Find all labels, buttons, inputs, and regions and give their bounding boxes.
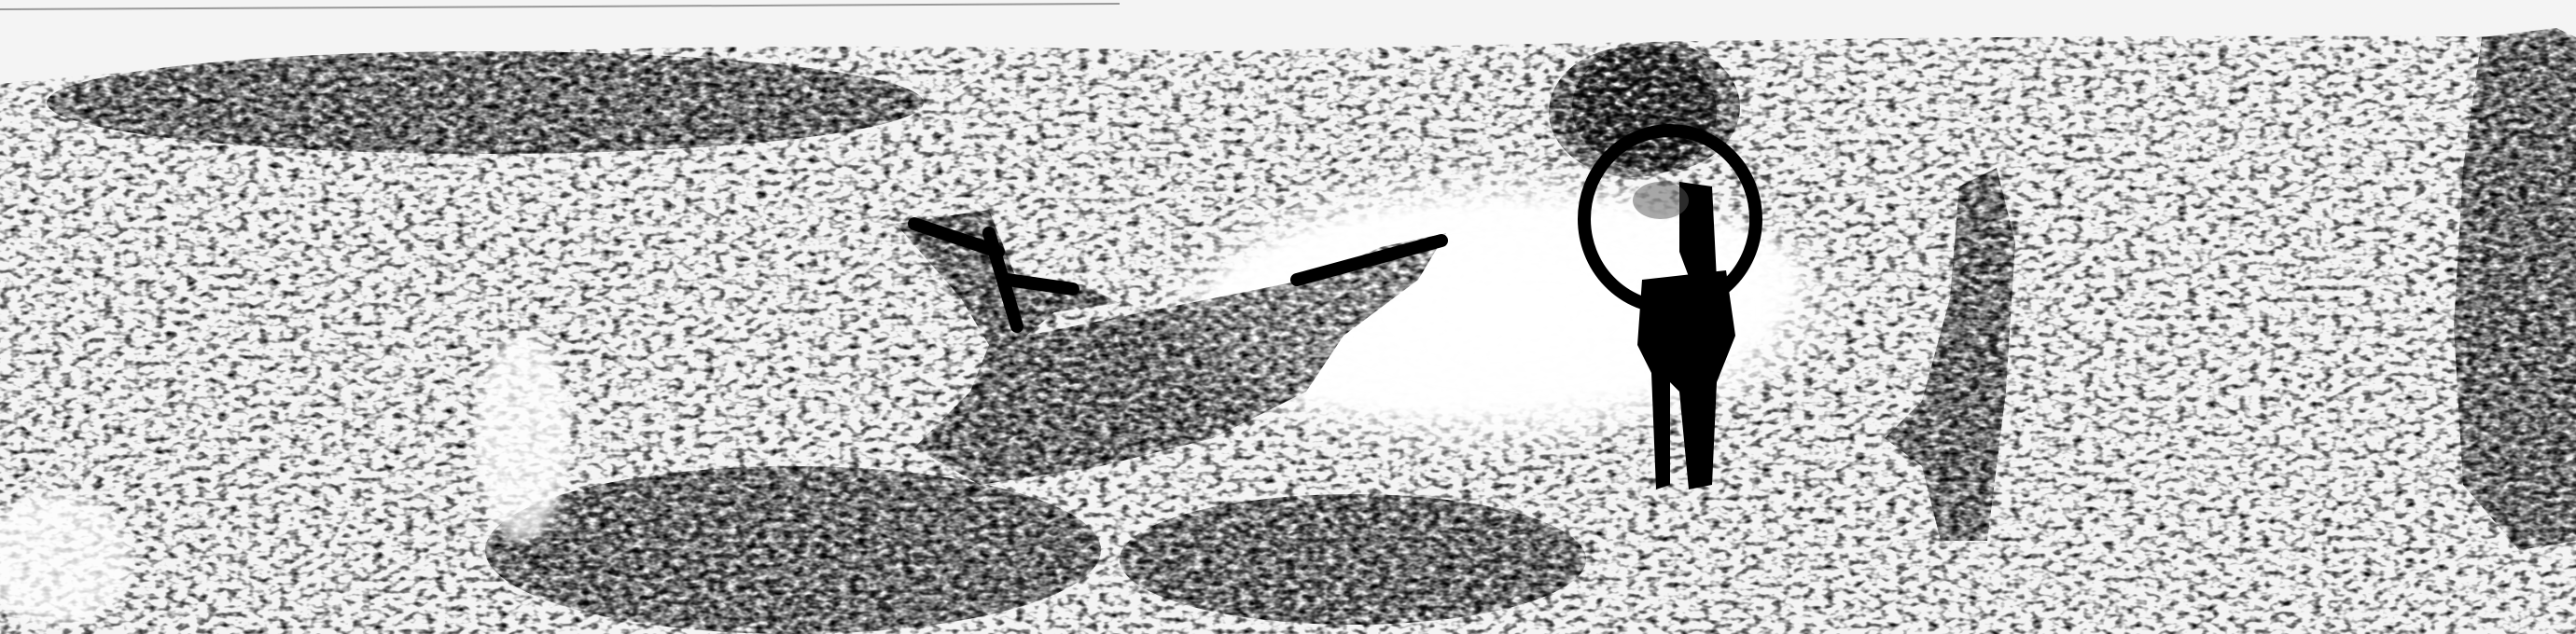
figure-head [1572,42,1740,172]
right-edge-strip [2454,28,2576,550]
charcoal-drawing [0,0,2576,634]
